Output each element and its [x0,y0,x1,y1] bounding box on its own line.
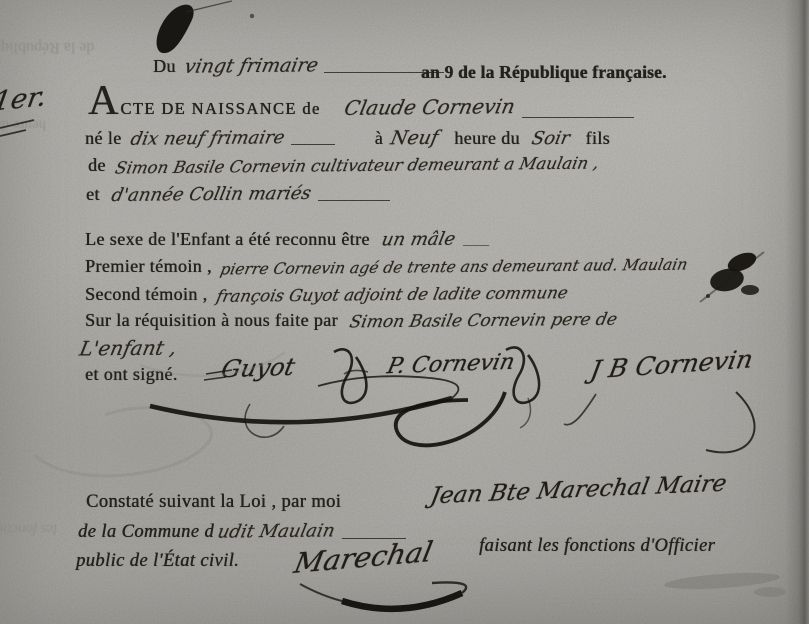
handwritten-lenfant: L'enfant , [77,335,179,360]
printed-title: CTE DE NAISSANCE de [120,99,320,119]
mother-line: et d'année Collin mariés [86,184,390,205]
signature-p-cornevin: P. Cornevin [385,350,517,379]
requisition-line: Sur la réquisition à nous faite par Simo… [85,310,617,331]
jb-cornevin-lead-stroke [564,394,596,425]
fill-line [291,128,335,145]
ink-blob [157,5,194,53]
printed-ne-le: né le [85,128,121,149]
guyot-lower-loop [245,404,284,437]
handwritten-sex: un mâle [380,229,458,251]
handwritten-hour: Neuf [389,127,441,149]
bleed-through-text: les fonctions [0,520,57,537]
printed-commune-label: de la Commune d [78,522,214,543]
handwritten-mother: d'année Collin mariés [109,183,312,206]
handwritten-witness2: françois Guyot adjoint de ladite commune [215,283,570,306]
signature-guyot: Guyot [219,353,298,384]
margin-note-dashes [0,120,34,136]
father-line: de Simon Basile Cornevin cultivateur dem… [88,155,598,176]
witness2-line: Second témoin , françois Guyot adjoint d… [85,284,568,305]
marechal-flourish-return [432,582,466,593]
printed-requisition-label: Sur la réquisition à nous faite par [85,310,338,331]
handwritten-witness1: pierre Cornevin agé de trente ans demeur… [219,256,689,279]
closing-line-2: de la Commune d udit Maulain [78,521,406,543]
birth-record-scan: de la République heure du les fonctions … [0,0,809,624]
handwritten-birth-date: dix neuf frimaire [129,127,287,150]
fill-line [463,229,489,246]
dropcap-A: A [88,80,120,122]
printed-heure-du: heure du [454,128,520,149]
smudge [754,587,786,597]
fill-line [342,522,406,539]
date-line: Du vingt frimaire [153,55,444,77]
p-cornevin-tail [520,398,530,428]
handwritten-requisition: Simon Basile Cornevin pere de [348,310,619,333]
ink-streak [186,1,232,12]
printed-witness1-label: Premier témoin , [85,256,212,277]
jb-cornevin-tail-flourish [706,392,755,452]
ink-blot [725,249,759,275]
handwritten-date: vingt frimaire [182,54,320,77]
requisition-line-2: L'enfant , [80,336,176,360]
fill-line [522,101,634,118]
printed-witness2-label: Second témoin , [85,284,207,305]
bleed-ghost-loop [35,408,211,476]
ink-speck [250,14,254,18]
marechal-flourish-heavy [342,593,462,609]
closing-line-1: Constaté suivant la Loi , par moi [86,492,341,513]
marechal-flourish-lead [300,584,342,601]
bleed-through-text: de la République [0,38,94,56]
closing-line-3: public de l'État civil. [76,551,239,572]
printed-fils: fils [585,128,610,149]
handwritten-period: Soir [530,128,572,149]
printed-signed-label: et ont signé. [85,364,178,385]
printed-de: de [88,155,106,176]
fill-line [318,184,390,201]
margin-act-number: 1er. [0,81,49,117]
handwritten-child-name: Claude Cornevin [342,94,517,120]
witness1-line: Premier témoin , pierre Cornevin agé de … [85,256,687,277]
guyot-underline-flourish [150,398,452,422]
closing-line-2b: faisant les fonctions d'Officier [479,536,715,557]
printed-officier-label: faisant les fonctions d'Officier [479,536,715,557]
guyot-underline-return [318,376,458,398]
p-cornevin-lead-stroke [344,370,368,374]
bleed-through-text: heure du [0,116,46,133]
printed-a: à [375,128,383,149]
smudge [664,570,781,592]
signed-line: et ont signé. [85,364,178,385]
ink-streak [700,252,764,302]
page-edge-shadow [785,0,809,624]
printed-du: Du [153,56,176,77]
handwritten-commune: udit Maulain [216,520,337,542]
sex-line: Le sexe de l'Enfant a été reconnu être u… [85,229,489,250]
ink-blot [741,285,759,295]
title-line: A CTE DE NAISSANCE de Claude Cornevin [88,80,634,122]
birth-line: né le dix neuf frimaire à Neuf heure du … [85,127,610,149]
handwritten-officer-name: Jean Bte Marechal Maire [428,471,728,510]
p-cornevin-loop-flourish [396,392,505,445]
ink-speck [706,294,710,298]
ink-blot [708,266,746,295]
handwritten-father: Simon Basile Cornevin cultivateur demeur… [113,153,600,177]
printed-sex-label: Le sexe de l'Enfant a été reconnu être [85,229,370,250]
guyot-paraph [334,349,366,403]
printed-etat-civil: public de l'État civil. [76,551,239,572]
printed-constate: Constaté suivant la Loi , par moi [86,492,341,513]
signature-jb-cornevin: J B Cornevin [588,344,755,384]
printed-et: et [86,184,100,205]
